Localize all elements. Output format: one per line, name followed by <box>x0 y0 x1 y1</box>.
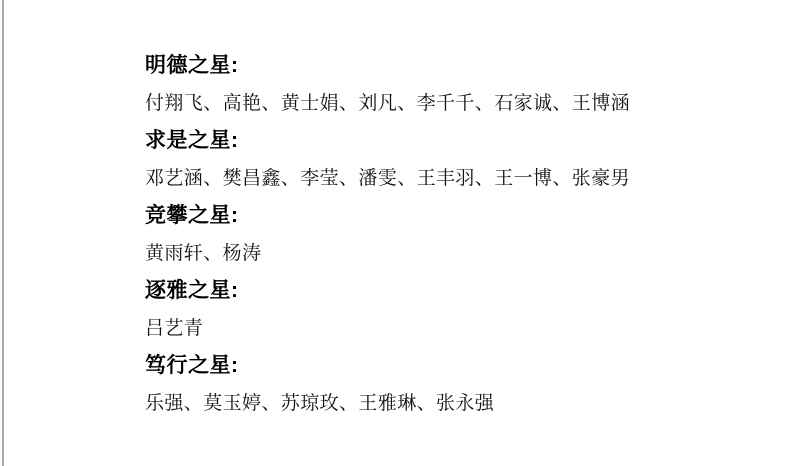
page-left-edge-line <box>2 0 4 466</box>
award-section-jingpan: 竞攀之星: 黄雨轩、杨涛 <box>145 197 770 272</box>
section-names: 吕艺青 <box>145 310 770 348</box>
section-heading: 明德之星: <box>145 47 770 85</box>
section-heading: 逐雅之星: <box>145 272 770 310</box>
document-page: 明德之星: 付翔飞、高艳、黄士娟、刘凡、李千千、石家诚、王博涵 求是之星: 邓艺… <box>0 0 810 466</box>
award-section-qiushi: 求是之星: 邓艺涵、樊昌鑫、李莹、潘雯、王丰羽、王一博、张豪男 <box>145 122 770 197</box>
section-heading: 笃行之星: <box>145 347 770 385</box>
section-names: 付翔飞、高艳、黄士娟、刘凡、李千千、石家诚、王博涵 <box>145 85 770 123</box>
section-heading: 竞攀之星: <box>145 197 770 235</box>
section-names: 乐强、莫玉婷、苏琼玫、王雅琳、张永强 <box>145 385 770 423</box>
award-section-duxing: 笃行之星: 乐强、莫玉婷、苏琼玫、王雅琳、张永强 <box>145 347 770 422</box>
star-award-list: 明德之星: 付翔飞、高艳、黄士娟、刘凡、李千千、石家诚、王博涵 求是之星: 邓艺… <box>145 47 770 422</box>
section-heading: 求是之星: <box>145 122 770 160</box>
award-section-zhuya: 逐雅之星: 吕艺青 <box>145 272 770 347</box>
section-names: 邓艺涵、樊昌鑫、李莹、潘雯、王丰羽、王一博、张豪男 <box>145 160 770 198</box>
section-names: 黄雨轩、杨涛 <box>145 235 770 273</box>
award-section-mingde: 明德之星: 付翔飞、高艳、黄士娟、刘凡、李千千、石家诚、王博涵 <box>145 47 770 122</box>
